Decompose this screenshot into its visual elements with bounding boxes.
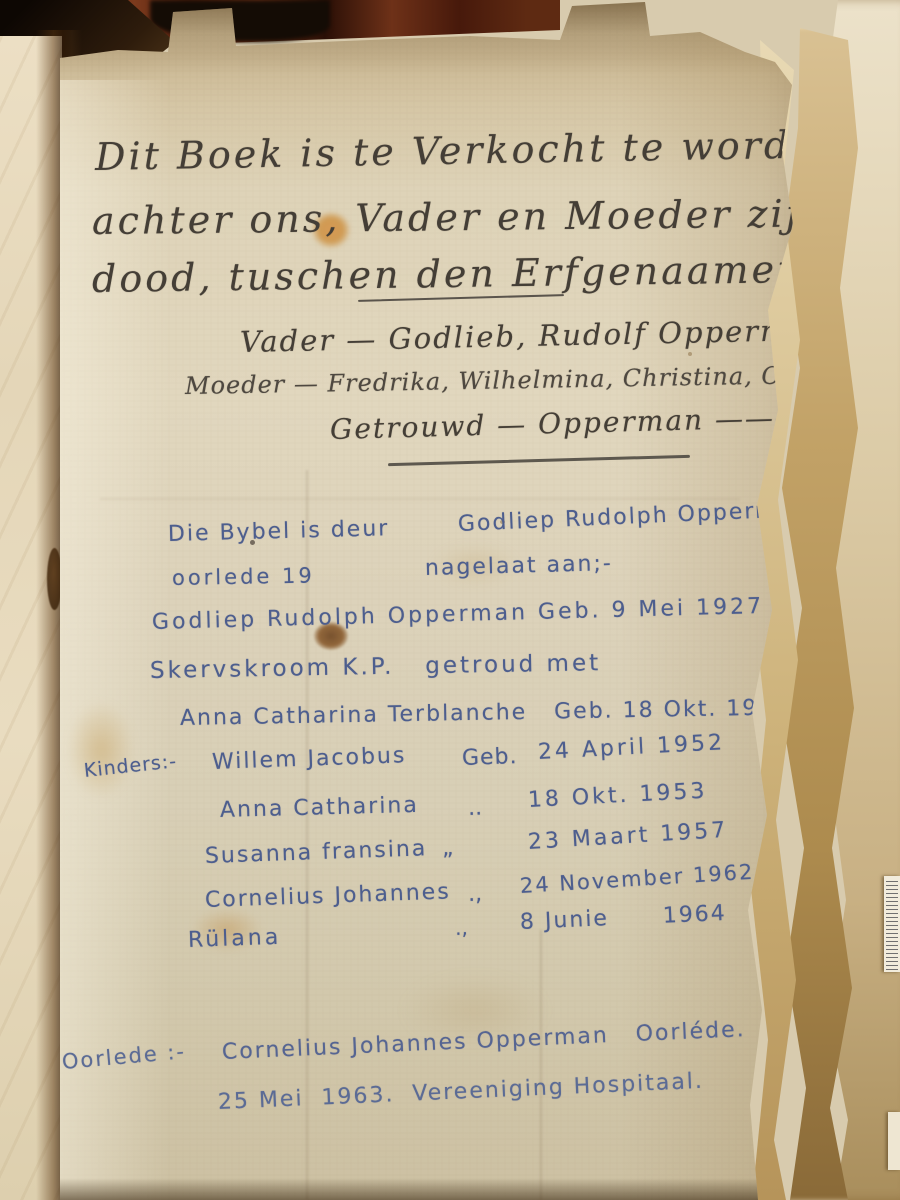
printed-page-edge-sliver-2 — [888, 1112, 900, 1170]
child-ditto: ., — [455, 918, 468, 938]
gutter-dark-curl — [47, 548, 62, 610]
vertical-crease-2 — [540, 930, 542, 1200]
child-name: Anna Catharina — [220, 795, 419, 822]
child-ditto: .. — [468, 798, 483, 820]
bequest2-right: nagelaat aan;- — [425, 553, 613, 580]
horizontal-crease — [100, 498, 740, 500]
bequest2-left: oorlede 19 — [172, 566, 315, 589]
child-name: Rülana — [188, 927, 282, 952]
inscription-line-3: dood, tuschen den Erfgenaamen, — [92, 250, 820, 298]
inscription-line-2: achter ons, Vader en Moeder zijn — [92, 194, 828, 240]
flyleaf-page: Dit Boek is te Verkocht te worden achter… — [0, 0, 900, 1200]
child-ditto: „ — [442, 838, 454, 860]
bequest-left: Die Bybel is deur — [168, 518, 390, 546]
child-ditto: ., — [468, 884, 483, 906]
ink-fleck — [688, 352, 692, 356]
left-highlight — [60, 80, 170, 1200]
child-ditto: Geb. — [462, 746, 518, 770]
stain-tan-left — [68, 702, 134, 798]
tiny-print-lines — [886, 878, 898, 970]
printed-page-edge-sliver — [884, 876, 900, 972]
photo-of-bible-flyleaf: Dit Boek is te Verkocht te worden achter… — [0, 0, 900, 1200]
